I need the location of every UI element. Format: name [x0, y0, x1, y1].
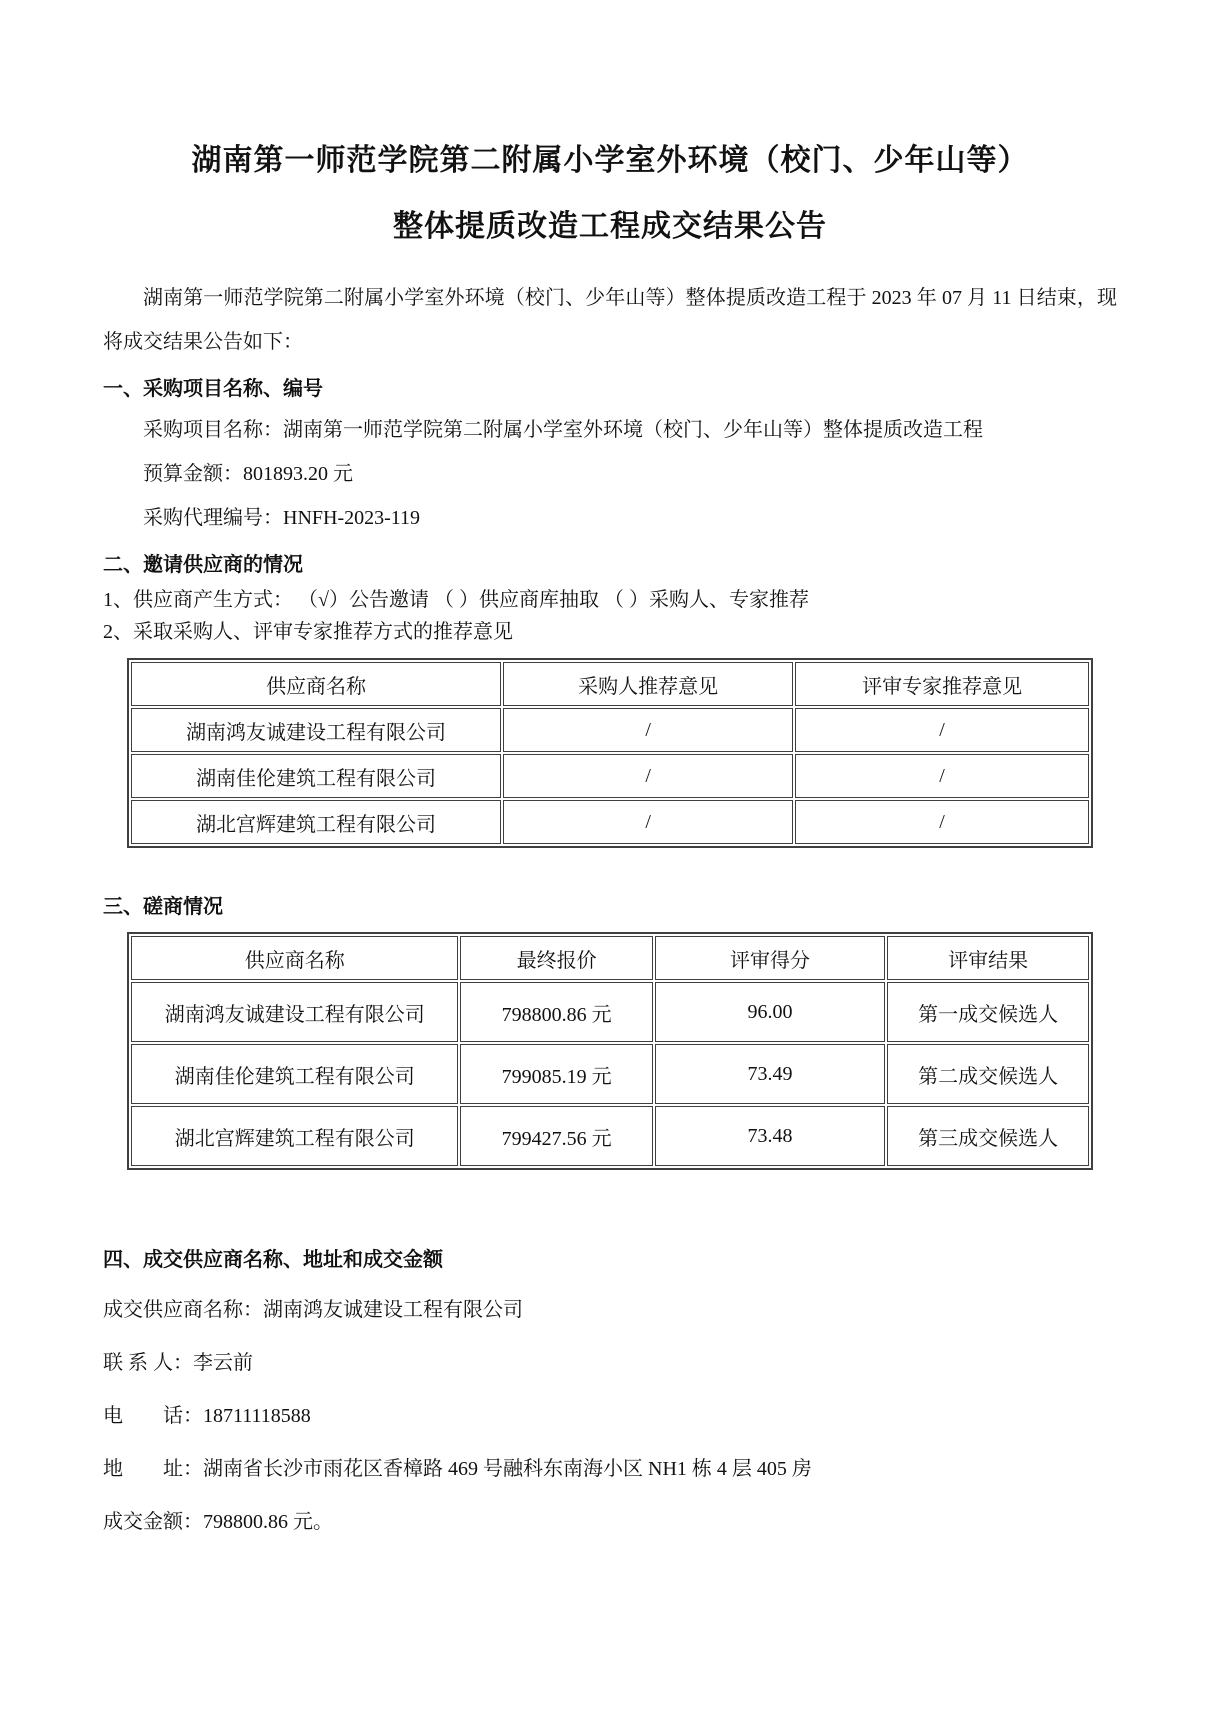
- col-header: 评审结果: [887, 936, 1089, 980]
- review-score-cell: 96.00: [655, 982, 885, 1042]
- final-price-cell: 799085.19 元: [460, 1044, 652, 1104]
- col-header: 采购人推荐意见: [503, 662, 793, 706]
- table-row: 湖南佳伦建筑工程有限公司 / /: [131, 754, 1089, 798]
- review-result-cell: 第一成交候选人: [887, 982, 1089, 1042]
- expert-opinion-cell: /: [795, 708, 1089, 752]
- recommend-opinion-line: 2、采取采购人、评审专家推荐方式的推荐意见: [103, 616, 1117, 648]
- agency-code-line: 采购代理编号：HNFH-2023-119: [103, 496, 1117, 540]
- section2-heading: 二、邀请供应商的情况: [103, 548, 1117, 582]
- recommendation-table: 供应商名称 采购人推荐意见 评审专家推荐意见 湖南鸿友诚建设工程有限公司 / /…: [127, 658, 1093, 848]
- expert-opinion-cell: /: [795, 800, 1089, 844]
- table-row: 湖北宫辉建筑工程有限公司 / /: [131, 800, 1089, 844]
- table-row: 湖南鸿友诚建设工程有限公司 798800.86 元 96.00 第一成交候选人: [131, 982, 1089, 1042]
- page-title: 湖南第一师范学院第二附属小学室外环境（校门、少年山等） 整体提质改造工程成交结果…: [103, 128, 1117, 260]
- phone-line: 电 话：18711118588: [103, 1390, 1117, 1443]
- buyer-opinion-cell: /: [503, 754, 793, 798]
- review-score-cell: 73.48: [655, 1106, 885, 1166]
- review-score-cell: 73.49: [655, 1044, 885, 1104]
- winning-supplier-line: 成交供应商名称：湖南鸿友诚建设工程有限公司: [103, 1284, 1117, 1337]
- supplier-method-line: 1、供应商产生方式： （√）公告邀请 （ ）供应商库抽取 （ ）采购人、专家推荐: [103, 584, 1117, 616]
- title-line-2: 整体提质改造工程成交结果公告: [393, 210, 827, 243]
- deal-amount-line: 成交金额：798800.86 元。: [103, 1496, 1117, 1549]
- negotiation-table: 供应商名称 最终报价 评审得分 评审结果 湖南鸿友诚建设工程有限公司 79880…: [127, 932, 1093, 1170]
- review-result-cell: 第三成交候选人: [887, 1106, 1089, 1166]
- contact-person-line: 联 系 人：李云前: [103, 1337, 1117, 1390]
- supplier-name-cell: 湖北宫辉建筑工程有限公司: [131, 800, 501, 844]
- title-line-1: 湖南第一师范学院第二附属小学室外环境（校门、少年山等）: [192, 144, 1029, 177]
- supplier-name-cell: 湖南鸿友诚建设工程有限公司: [131, 708, 501, 752]
- supplier-name-cell: 湖南佳伦建筑工程有限公司: [131, 1044, 458, 1104]
- announcement-document: 湖南第一师范学院第二附属小学室外环境（校门、少年山等） 整体提质改造工程成交结果…: [0, 0, 1217, 1722]
- col-header: 最终报价: [460, 936, 652, 980]
- supplier-name-cell: 湖南鸿友诚建设工程有限公司: [131, 982, 458, 1042]
- buyer-opinion-cell: /: [503, 800, 793, 844]
- address-line: 地 址：湖南省长沙市雨花区香樟路 469 号融科东南海小区 NH1 栋 4 层 …: [103, 1443, 1117, 1496]
- col-header: 评审专家推荐意见: [795, 662, 1089, 706]
- final-price-cell: 799427.56 元: [460, 1106, 652, 1166]
- table-header-row: 供应商名称 采购人推荐意见 评审专家推荐意见: [131, 662, 1089, 706]
- table-row: 湖南佳伦建筑工程有限公司 799085.19 元 73.49 第二成交候选人: [131, 1044, 1089, 1104]
- col-header: 供应商名称: [131, 662, 501, 706]
- col-header: 供应商名称: [131, 936, 458, 980]
- table-row: 湖南鸿友诚建设工程有限公司 / /: [131, 708, 1089, 752]
- table-header-row: 供应商名称 最终报价 评审得分 评审结果: [131, 936, 1089, 980]
- review-result-cell: 第二成交候选人: [887, 1044, 1089, 1104]
- table-row: 湖北宫辉建筑工程有限公司 799427.56 元 73.48 第三成交候选人: [131, 1106, 1089, 1166]
- supplier-name-cell: 湖南佳伦建筑工程有限公司: [131, 754, 501, 798]
- final-price-cell: 798800.86 元: [460, 982, 652, 1042]
- budget-line: 预算金额：801893.20 元: [103, 452, 1117, 496]
- section3-heading: 三、磋商情况: [103, 890, 1117, 924]
- supplier-name-cell: 湖北宫辉建筑工程有限公司: [131, 1106, 458, 1166]
- intro-paragraph: 湖南第一师范学院第二附属小学室外环境（校门、少年山等）整体提质改造工程于 202…: [103, 276, 1117, 364]
- col-header: 评审得分: [655, 936, 885, 980]
- section4-heading: 四、成交供应商名称、地址和成交金额: [103, 1238, 1117, 1282]
- section1-heading: 一、采购项目名称、编号: [103, 372, 1117, 406]
- buyer-opinion-cell: /: [503, 708, 793, 752]
- expert-opinion-cell: /: [795, 754, 1089, 798]
- project-name-line: 采购项目名称：湖南第一师范学院第二附属小学室外环境（校门、少年山等）整体提质改造…: [103, 408, 1117, 452]
